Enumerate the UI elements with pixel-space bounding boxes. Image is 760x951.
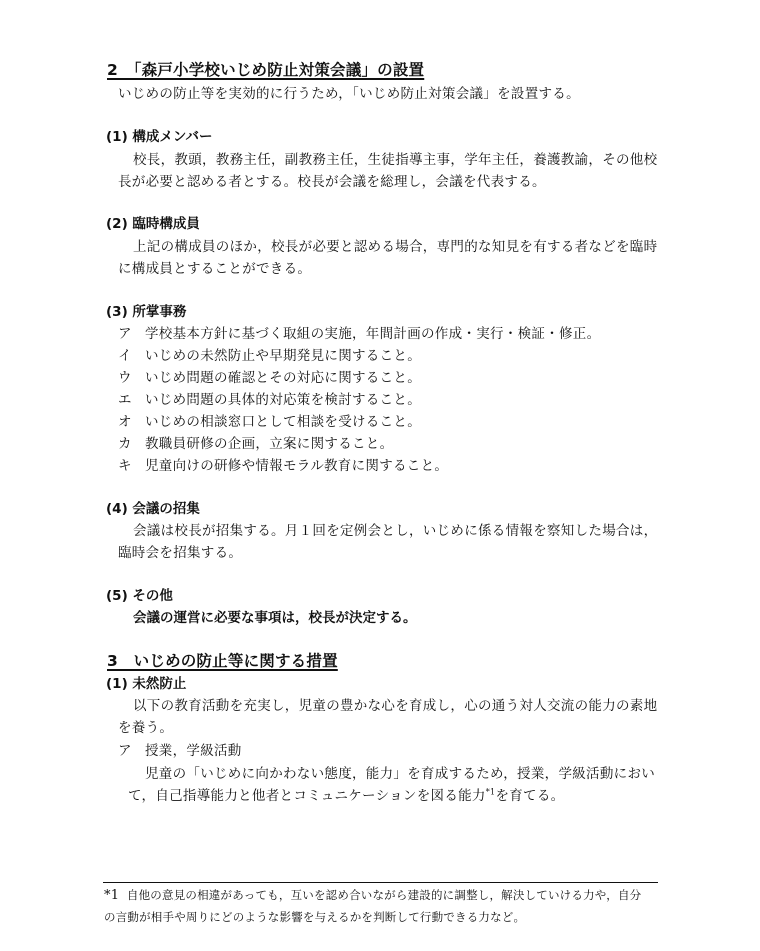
section-2-intro: いじめの防止等を実効的に行うため，「いじめ防止対策会議」を設置する。 (118, 82, 580, 102)
duty-text-ka: 教職員研修の企画，立案に関すること。 (145, 432, 393, 452)
item-2-heading: (2) 臨時構成員 (106, 212, 200, 232)
item-5-text: 会議の運営に必要な事項は，校長が決定する。 (133, 606, 417, 626)
section-2-heading: 2 「森戸小学校いじめ防止対策会議」の設置 (107, 58, 424, 80)
class-activity-text-pre: て，自己指導能力と他者とコミュニケーションを図る能力 (128, 788, 486, 804)
footnote-text-line2: の言動が相手や周りにどのような影響を与えるかを判断して行動できる力など。 (104, 909, 525, 925)
duty-mark-ka: カ (118, 432, 132, 452)
footnote-line1: *1 自他の意見の相違があっても，互いを認め合いながら建設的に調整し，解決してい… (104, 887, 641, 903)
footnote-mark: *1 (104, 888, 119, 903)
item-3-heading: (3) 所掌事務 (106, 300, 186, 320)
duty-text-e: いじめ問題の具体的対応策を検討すること。 (145, 388, 421, 408)
item-1-text-line2: 長が必要と認める者とする。校長が会議を総理し，会議を代表する。 (118, 170, 546, 190)
duty-mark-i: イ (118, 344, 132, 364)
item-1-heading: (1) 構成メンバー (106, 125, 213, 145)
footnote-divider (103, 882, 658, 883)
item-2-text-line1: 上記の構成員のほか，校長が必要と認める場合，専門的な知見を有する者などを臨時 (133, 235, 657, 255)
prevention-text-line2: を養う。 (118, 716, 173, 736)
duty-text-o: いじめの相談窓口として相談を受けること。 (145, 410, 421, 430)
item-4-text-line1: 会議は校長が招集する。月１回を定例会とし，いじめに係る情報を察知した場合は， (133, 519, 657, 539)
duty-text-u: いじめ問題の確認とその対応に関すること。 (145, 366, 421, 386)
duty-text-i: いじめの未然防止や早期発見に関すること。 (145, 344, 421, 364)
prevention-text-line1: 以下の教育活動を充実し，児童の豊かな心を育成し，心の通う対人交流の能力の素地 (133, 694, 657, 714)
duty-mark-ki: キ (118, 454, 132, 474)
footnote-text-line1: 自他の意見の相違があっても，互いを認め合いながら建設的に調整し，解決していける力… (127, 888, 641, 902)
duty-mark-o: オ (118, 410, 132, 430)
prevention-heading: (1) 未然防止 (106, 672, 186, 692)
item-4-text-line2: 臨時会を招集する。 (118, 541, 242, 561)
class-activity-text-line2: て，自己指導能力と他者とコミュニケーションを図る能力*1を育てる。 (128, 784, 564, 804)
item-4-heading: (4) 会議の招集 (106, 497, 200, 517)
duty-mark-a: ア (118, 322, 132, 342)
duty-text-ki: 児童向けの研修や情報モラル教育に関すること。 (145, 454, 448, 474)
section-3-heading: 3 いじめの防止等に関する措置 (107, 649, 338, 671)
duty-text-a: 学校基本方針に基づく取組の実施，年間計画の作成・実行・検証・修正。 (145, 322, 600, 342)
class-activity-title: 授業，学級活動 (145, 739, 242, 759)
footnote-reference[interactable]: *1 (486, 788, 496, 797)
class-activity-text-line1: 児童の「いじめに向かわない態度，能力」を育成するため，授業，学級活動におい (145, 762, 655, 782)
item-5-heading: (5) その他 (106, 584, 173, 604)
class-activity-text-post: を育てる。 (495, 788, 564, 804)
duty-mark-e: エ (118, 388, 132, 408)
item-1-text-line1: 校長，教頭，教務主任，副教務主任，生徒指導主事，学年主任，養護教諭，その他校 (133, 148, 657, 168)
document-page: 2 「森戸小学校いじめ防止対策会議」の設置 いじめの防止等を実効的に行うため，「… (0, 0, 760, 951)
item-2-text-line2: に構成員とすることができる。 (118, 257, 311, 277)
duty-mark-u: ウ (118, 366, 132, 386)
class-activity-mark: ア (118, 739, 132, 759)
